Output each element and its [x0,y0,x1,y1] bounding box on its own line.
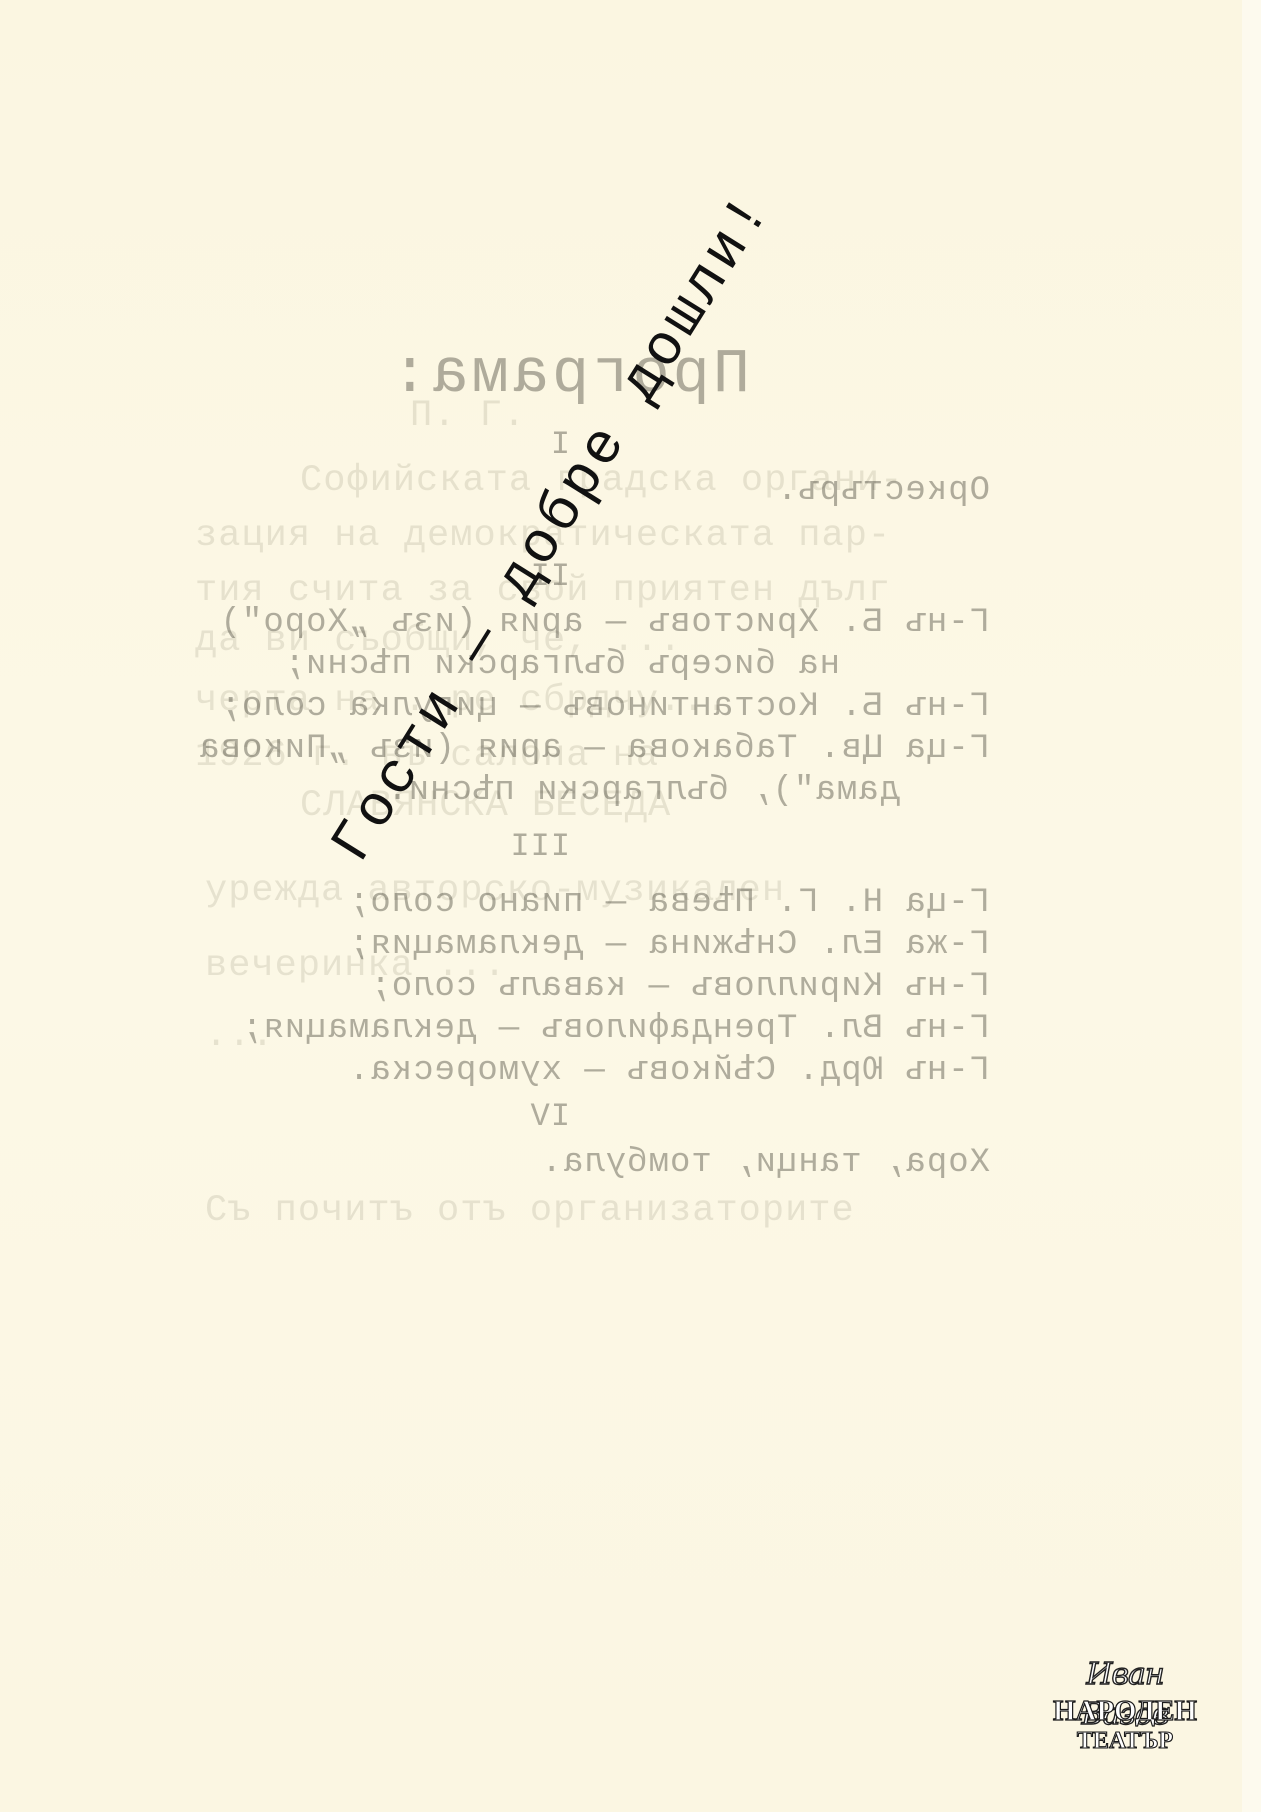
program-line: Г-жа Ел. Снѣжина — декламация; [160,924,990,966]
program-line: Г-нъ Вл. Трендафиловъ — декламация; [160,1008,990,1050]
program-line: Г-ца Цв. Табакова — ария (изъ „Пикова [160,728,990,770]
program-line: Хора, танци, томбула. [160,1142,990,1184]
section-numeral: III [160,812,990,882]
ghost-line: Съ почитъ отъ организаторите [205,1190,855,1232]
section-numeral: IV [160,1092,990,1142]
logo-signature: Иван Вазов [1040,1655,1210,1695]
logo-line-1: НАРОДЕН [1040,1695,1210,1727]
program-line: дама"), български пѣсни. [160,770,990,812]
logo-line-2: ТЕАТЪР [1040,1727,1210,1755]
program-line: Г-нъ Б. Костантиновъ — цигулка соло; [160,686,990,728]
paper-edge [1242,0,1261,1812]
program-line: Г-ца Н. Г. Пѣева — пиано соло; [160,882,990,924]
program-title: Програма: [160,330,990,420]
program-line: Г-нъ Кирилловъ — кавалъ соло; [160,966,990,1008]
program-line: Г-нъ Юрд. Сѣйковъ — хумореска. [160,1050,990,1092]
section-numeral: II [160,552,990,602]
theatre-logo: Иван Вазов НАРОДЕН ТЕАТЪР [1040,1655,1210,1755]
program-line: на бисеръ български пѣсни; [160,644,990,686]
program-line: Г-нъ Б. Христовъ — ария (изъ „Хоро") [160,602,990,644]
